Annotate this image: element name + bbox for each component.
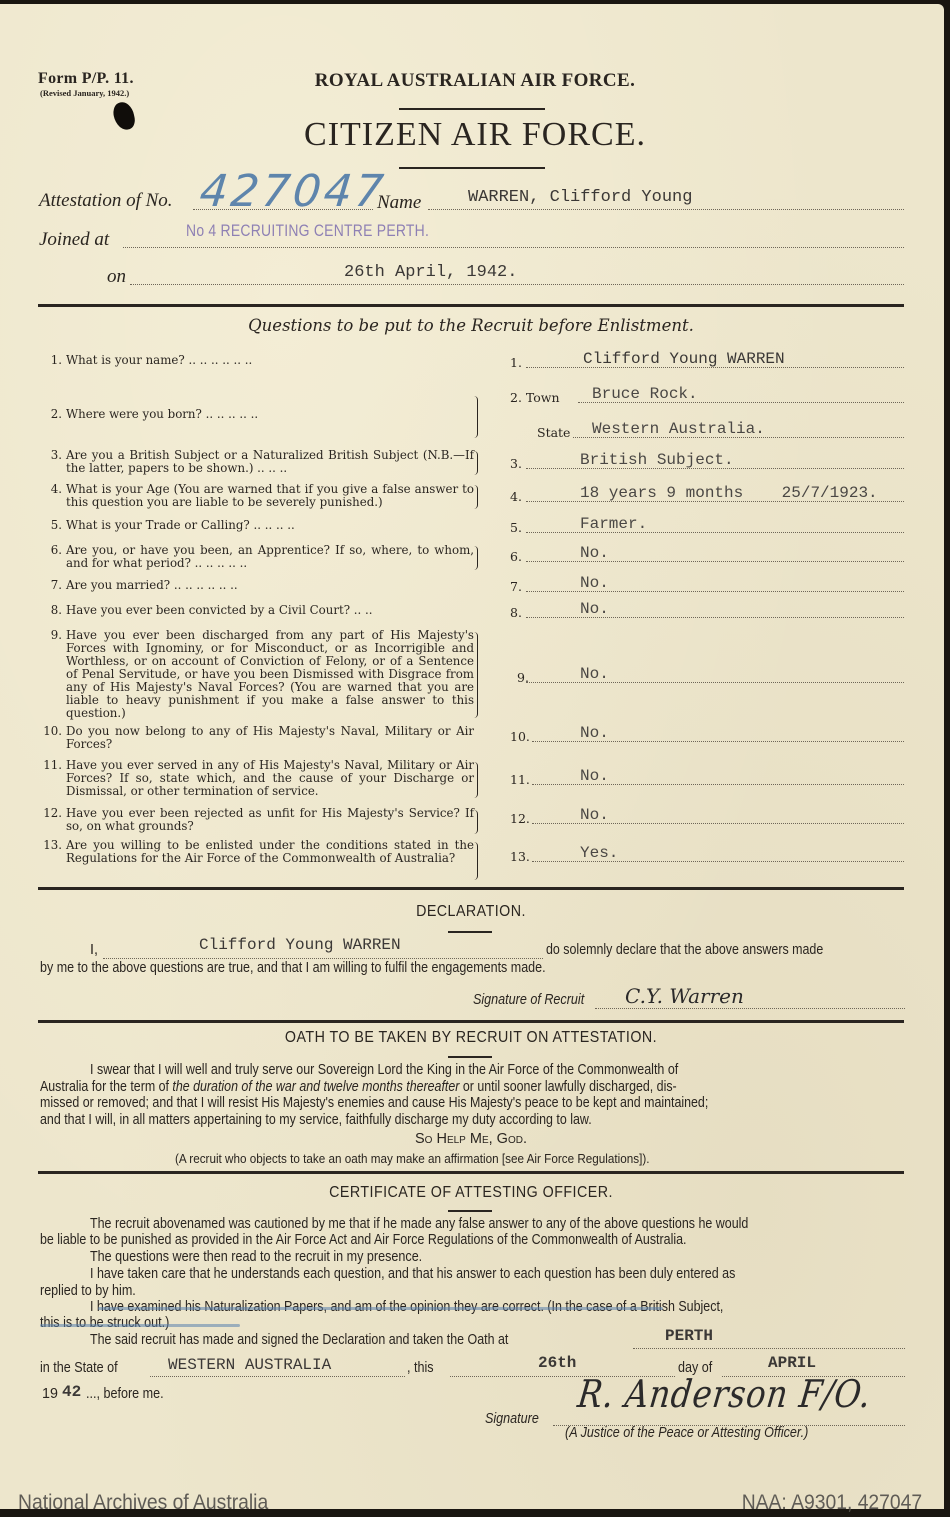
brace: [474, 546, 478, 570]
answer-1: 1.Clifford Young WARREN: [510, 344, 904, 368]
answer-2-town: 2. TownBruce Rock.: [510, 379, 904, 403]
question-number: 5.: [42, 519, 62, 532]
recruit-name-field: WARREN, Clifford Young: [468, 188, 692, 207]
date-label: on: [107, 266, 126, 288]
attestation-form-page: Form P/P. 11. (Revised January, 1942.) R…: [0, 4, 944, 1509]
answer-value: No.: [580, 724, 609, 742]
question-text: Are you willing to be enlisted under the…: [66, 839, 474, 865]
declaration-name: Clifford Young WARREN: [199, 936, 401, 954]
section-divider: [38, 1171, 904, 1174]
answer-8: 8.No.: [510, 594, 904, 618]
certificate-p3-l1: I have taken care that he understands ea…: [90, 1266, 735, 1283]
question-number: 4.: [42, 483, 62, 496]
answer-value: No.: [580, 767, 609, 785]
question-text: Are you a British Subject or a Naturaliz…: [66, 449, 474, 475]
question-number: 13.: [42, 839, 62, 852]
certificate-p2: The questions were then read to the recr…: [90, 1249, 422, 1266]
answer-9: 9.No.: [510, 659, 904, 683]
certificate-p5: The said recruit has made and signed the…: [90, 1332, 508, 1349]
oath-place-line: [633, 1348, 905, 1349]
answer-value: Western Australia.: [592, 420, 765, 438]
question-3: 3.Are you a British Subject or a Natural…: [42, 449, 474, 475]
answer-number: 11.: [510, 772, 530, 787]
enlistment-date: 26th April, 1942.: [344, 263, 517, 282]
certificate-title: CERTIFICATE OF ATTESTING OFFICER.: [73, 1184, 870, 1202]
attestation-year: 42: [62, 1383, 81, 1401]
question-number: 10.: [42, 725, 62, 738]
question-number: 9.: [42, 629, 62, 642]
oath-line-4: and that I will, in all matters appertai…: [40, 1112, 592, 1129]
form-number: Form P/P. 11.: [38, 70, 134, 88]
answer-3: 3.British Subject.: [510, 445, 904, 469]
declaration-name-line: [103, 958, 543, 959]
brace: [474, 485, 478, 509]
question-number: 1.: [42, 354, 62, 367]
question-text: Have you ever served in any of His Majes…: [66, 759, 474, 798]
question-11: 11.Have you ever served in any of His Ma…: [42, 759, 474, 798]
attestation-state: WESTERN AUSTRALIA: [168, 1356, 331, 1374]
question-13: 13.Are you willing to be enlisted under …: [42, 839, 474, 865]
declaration-prefix: I,: [90, 942, 98, 959]
oath-title: OATH TO BE TAKEN BY RECRUIT ON ATTESTATI…: [73, 1029, 870, 1047]
answer-number: 12.: [510, 811, 530, 826]
question-text: What is your Age (You are warned that if…: [66, 483, 474, 509]
question-text: Where were you born? .. .. .. .. ..: [66, 408, 474, 421]
oath-text: Australia for the term of: [40, 1079, 172, 1095]
question-text: Are you married? .. .. .. .. .. ..: [66, 579, 474, 592]
attestation-month: APRIL: [768, 1354, 816, 1372]
question-text: Do you now belong to any of His Majesty'…: [66, 725, 474, 751]
page-title: CITIZEN AIR FORCE.: [250, 116, 700, 154]
question-8: 8.Have you ever been convicted by a Civi…: [42, 604, 474, 617]
question-text: What is your name? .. .. .. .. .. ..: [66, 354, 474, 367]
header-divider: [399, 167, 545, 169]
answer-7: 7.No.: [510, 568, 904, 592]
answer-value: Bruce Rock.: [592, 385, 698, 403]
answer-value: Farmer.: [580, 515, 647, 533]
answer-value: No.: [580, 665, 609, 683]
brace: [474, 632, 478, 718]
question-6: 6.Are you, or have you been, an Apprenti…: [42, 544, 474, 570]
joined-at-label: Joined at: [39, 229, 109, 251]
officer-signature-label: Signature: [485, 1411, 539, 1428]
brace: [474, 842, 478, 880]
answer-number: 1.: [510, 355, 522, 370]
title-underline: [448, 931, 492, 933]
answer-10: 10.No.: [510, 718, 904, 742]
answer-number: 7.: [510, 579, 522, 594]
declaration-title: DECLARATION.: [73, 903, 870, 921]
questions-title: Questions to be put to the Recruit befor…: [38, 316, 904, 335]
title-underline: [448, 1056, 492, 1058]
question-number: 7.: [42, 579, 62, 592]
brace: [474, 810, 478, 834]
question-number: 3.: [42, 449, 62, 462]
affirmation-note: (A recruit who objects to take an oath m…: [175, 1150, 650, 1167]
oath-line-2: Australia for the term of the duration o…: [40, 1079, 677, 1096]
attestation-day: 26th: [538, 1354, 576, 1372]
certificate-p1-l1: The recruit abovenamed was cautioned by …: [90, 1216, 748, 1233]
declaration-text-1: do solemnly declare that the above answe…: [546, 942, 823, 959]
state-line: [150, 1376, 405, 1377]
answer-6: 6.No.: [510, 538, 904, 562]
question-number: 8.: [42, 604, 62, 617]
archive-reference: NAA: A9301, 427047: [742, 1491, 922, 1515]
date-line: [130, 284, 904, 285]
section-divider: [38, 1020, 904, 1023]
answer-value: No.: [580, 600, 609, 618]
service-number: 427047: [197, 166, 388, 217]
answer-number: 8.: [510, 605, 522, 620]
answer-5: 5.Farmer.: [510, 509, 904, 533]
answer-number: State: [537, 425, 570, 440]
question-text: What is your Trade or Calling? .. .. .. …: [66, 519, 474, 532]
question-12: 12.Have you ever been rejected as unfit …: [42, 807, 474, 833]
recruit-signature: C.Y. Warren: [625, 984, 744, 1008]
section-divider: [38, 304, 904, 307]
this-label: , this: [407, 1360, 434, 1377]
question-7: 7.Are you married? .. .. .. .. .. ..: [42, 579, 474, 592]
archive-name: National Archives of Australia: [18, 1491, 268, 1515]
officer-signature: R. Anderson F/O.: [575, 1372, 873, 1416]
answer-value: No.: [580, 574, 609, 592]
question-5: 5.What is your Trade or Calling? .. .. .…: [42, 519, 474, 532]
oath-text: or until sooner lawfully discharged, dis…: [459, 1079, 676, 1095]
section-divider: [38, 887, 904, 890]
certificate-p3-l2: replied to by him.: [40, 1283, 136, 1300]
answer-value: No.: [580, 544, 609, 562]
brace: [474, 762, 478, 798]
state-label: in the State of: [40, 1360, 118, 1377]
strikethrough-mark: [98, 1307, 663, 1310]
answer-number: 10.: [510, 729, 530, 744]
question-4: 4.What is your Age (You are warned that …: [42, 483, 474, 509]
answer-2-state: StateWestern Australia.: [510, 414, 904, 438]
answer-4: 4.18 years 9 months 25/7/1923.: [510, 478, 904, 502]
answer-value: Yes.: [580, 844, 618, 862]
declaration-text-2: by me to the above questions are true, a…: [40, 960, 546, 977]
brace: [474, 451, 478, 475]
answer-number: 13.: [510, 849, 530, 864]
oath-line-1: I swear that I will well and truly serve…: [90, 1062, 678, 1079]
question-text: Have you ever been convicted by a Civil …: [66, 604, 474, 617]
answer-number: 3.: [510, 456, 522, 471]
question-number: 11.: [42, 759, 62, 772]
question-number: 12.: [42, 807, 62, 820]
recruit-signature-label: Signature of Recruit: [473, 992, 584, 1009]
recruiting-centre-stamp: No 4 RECRUITING CENTRE PERTH.: [186, 221, 429, 241]
year-prefix: 19: [42, 1386, 58, 1403]
question-text: Have you ever been discharged from any p…: [66, 629, 474, 720]
brace: [474, 396, 478, 438]
answer-number: 4.: [510, 489, 522, 504]
name-label: Name: [377, 192, 421, 214]
oath-place: PERTH: [665, 1327, 713, 1345]
strikethrough-mark: [40, 1324, 240, 1327]
answer-13: 13.Yes.: [510, 838, 904, 862]
oath-line-3: missed or removed; and that I will resis…: [40, 1095, 708, 1112]
answer-12: 12.No.: [510, 800, 904, 824]
answer-number: 5.: [510, 520, 522, 535]
title-underline: [448, 1210, 492, 1212]
punch-hole: [111, 100, 136, 132]
header-divider: [399, 108, 545, 110]
joined-at-line: [123, 247, 904, 248]
header-raaf: ROYAL AUSTRALIAN AIR FORCE.: [250, 70, 700, 92]
recruit-signature-line: [595, 1008, 905, 1009]
question-10: 10.Do you now belong to any of His Majes…: [42, 725, 474, 751]
question-number: 6.: [42, 544, 62, 557]
question-number: 2.: [42, 408, 62, 421]
answer-value: 18 years 9 months 25/7/1923.: [580, 484, 878, 502]
before-me-text: ..., before me.: [86, 1386, 164, 1403]
answer-number: 2. Town: [510, 390, 560, 405]
question-1: 1.What is your name? .. .. .. .. .. ..: [42, 354, 474, 367]
answer-value: British Subject.: [580, 451, 734, 469]
oath-term-italic: the duration of the war and twelve month…: [172, 1079, 459, 1095]
question-9: 9.Have you ever been discharged from any…: [42, 629, 474, 720]
answer-number: 6.: [510, 549, 522, 564]
question-text: Have you ever been rejected as unfit for…: [66, 807, 474, 833]
oath-closing: So Help Me, God.: [38, 1131, 904, 1148]
attestation-no-label: Attestation of No.: [39, 190, 173, 212]
form-revision: (Revised January, 1942.): [40, 88, 129, 98]
name-line: [428, 209, 904, 210]
answer-11: 11.No.: [510, 761, 904, 785]
officer-caption: (A Justice of the Peace or Attesting Off…: [565, 1425, 808, 1442]
answer-value: No.: [580, 806, 609, 824]
question-2: 2.Where were you born? .. .. .. .. ..: [42, 408, 474, 421]
question-text: Are you, or have you been, an Apprentice…: [66, 544, 474, 570]
certificate-p1-l2: be liable to be punished as provided in …: [40, 1232, 686, 1249]
answer-value: Clifford Young WARREN: [583, 350, 785, 368]
